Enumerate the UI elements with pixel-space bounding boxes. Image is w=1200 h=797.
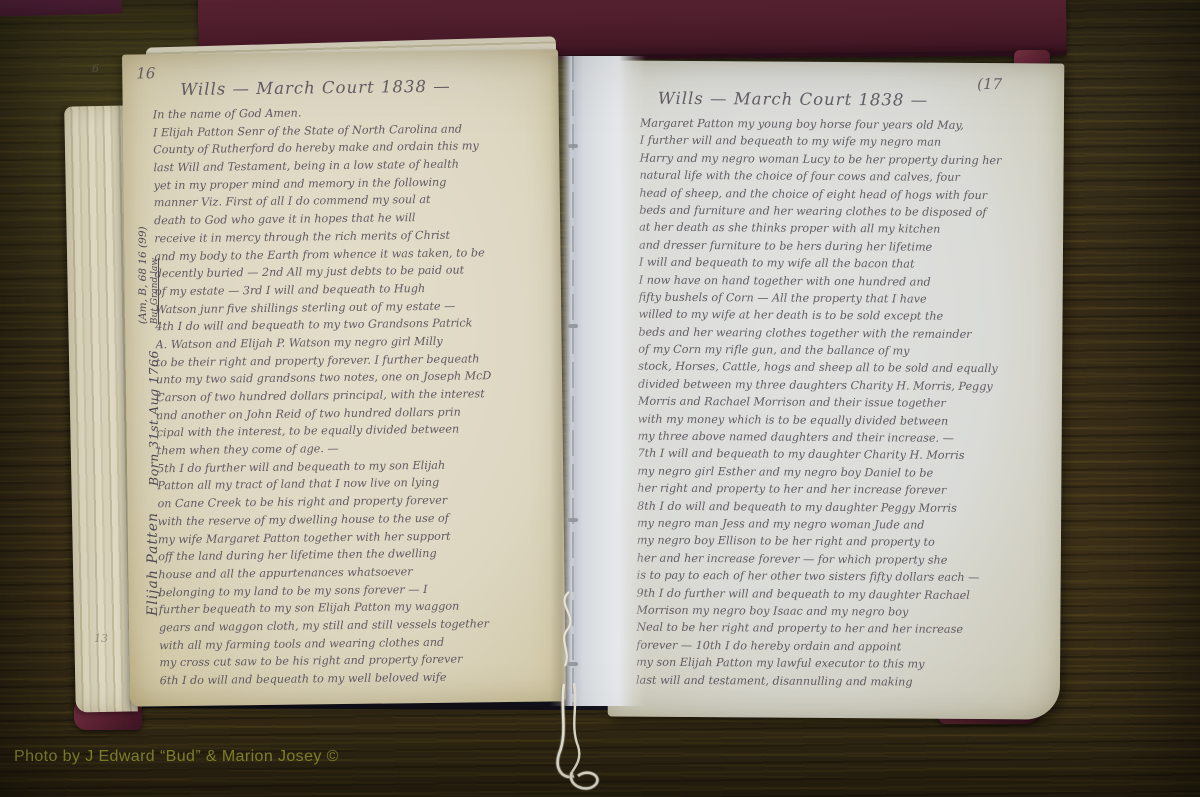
faint-margin-mark: 13 — [94, 632, 108, 645]
photo-of-will-book: 16 Wills — March Court 1838 — In the nam… — [0, 0, 1200, 797]
margin-note-name: Elijah Patten — [145, 512, 161, 616]
margin-note-birthdate: Born 31st Aug 1766 — [146, 350, 161, 486]
faint-margin-mark: 6 — [92, 62, 99, 75]
left-page: 16 Wills — March Court 1838 — In the nam… — [122, 49, 566, 706]
left-margin-rotated-note: Elijah Patten Born 31st Aug 1766 (Am, B,… — [138, 164, 161, 616]
margin-note-reference-2: But Grand law — [150, 258, 160, 324]
binding-stitch — [568, 144, 578, 148]
left-page-body: In the name of God Amen.I Elijah Patton … — [153, 101, 558, 690]
margin-note-reference: (Am, B, 68 16 (99) But Grand law — [138, 226, 161, 324]
photographer-watermark: Photo by J Edward “Bud” & Marion Josey © — [14, 748, 339, 766]
book-cover-corner-strip — [0, 0, 122, 17]
binding-thread-bottom — [518, 682, 650, 796]
right-page: (17 Wills — March Court 1838 — Margaret … — [608, 60, 1065, 719]
left-page-header: Wills — March Court 1838 — — [122, 75, 558, 99]
binding-thread-curl — [545, 590, 593, 670]
right-page-header: Wills — March Court 1838 — — [612, 88, 1064, 110]
binding-stitch — [568, 518, 578, 522]
binding-stitch — [568, 324, 578, 328]
right-page-body: Margaret Patton my young boy horse four … — [636, 115, 1040, 692]
